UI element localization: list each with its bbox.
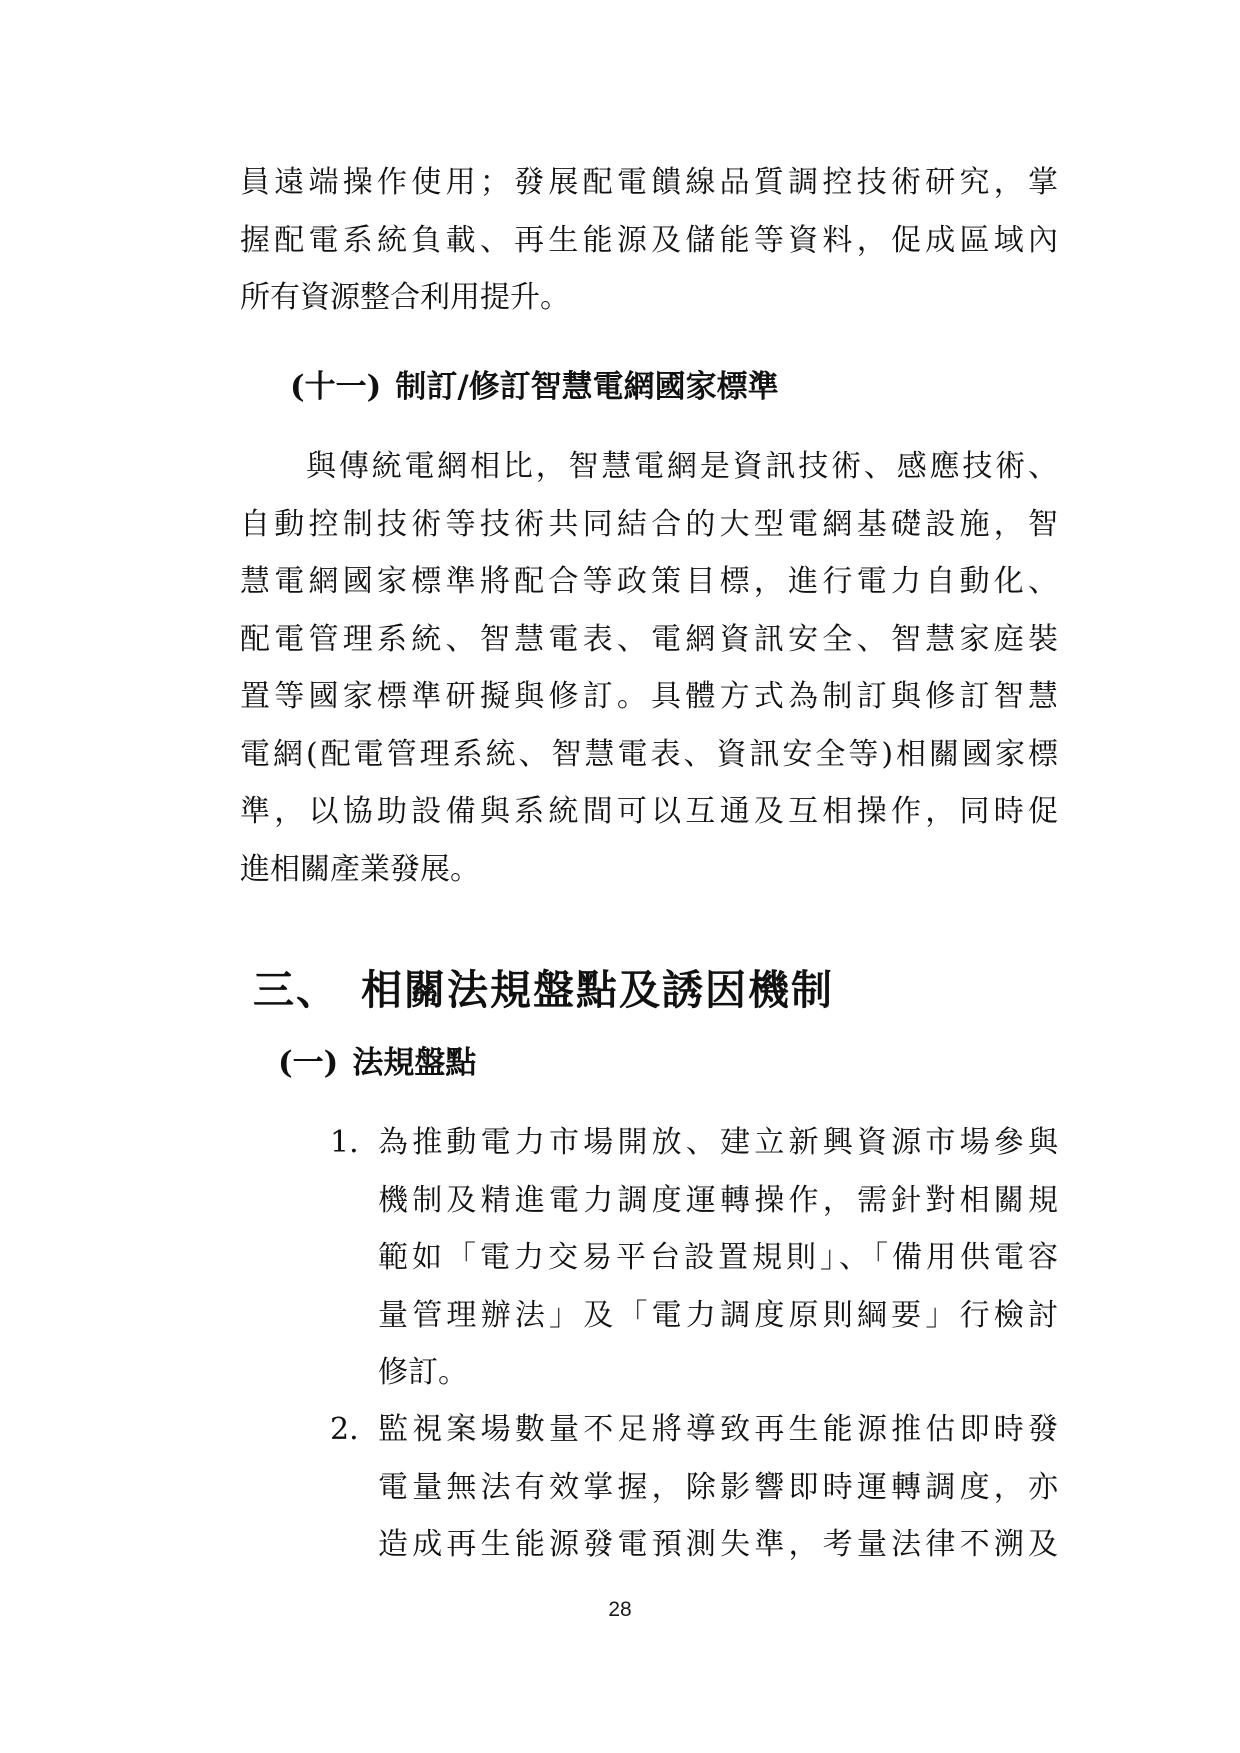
list-item-number: 1. — [330, 1114, 359, 1172]
heading-section-11: (十一)制訂/修訂智慧電網國家標準 — [290, 364, 779, 410]
page-number: 28 — [0, 1596, 1240, 1624]
paragraph-remote-operation: 員遠端操作使用；發展配電饋線品質調控技術研究，掌 握配電系統負載、再生能源及儲能… — [240, 154, 1058, 327]
heading-numeral: (十一) — [290, 369, 381, 405]
text-line: 電網(配電管理系統、智慧電表、資訊安全等)相關國家標 — [240, 726, 1058, 784]
list-item-2: 2. 監視案場數量不足將導致再生能源推估即時發 電量無法有效掌握，除影響即時運轉… — [330, 1401, 1058, 1574]
heading-label: 法規盤點 — [352, 1045, 476, 1081]
text-line: 範如「電力交易平台設置規則」、「備用供電容 — [378, 1229, 1058, 1287]
text-line: 進相關產業發展。 — [240, 841, 1058, 899]
text-line: 準，以協助設備與系統間可以互通及互相操作，同時促 — [240, 783, 1058, 841]
list-item-text: 為推動電力市場開放、建立新興資源市場參與 機制及精進電力調度運轉操作，需針對相關… — [378, 1114, 1058, 1402]
text-line: 自動控制技術等技術共同結合的大型電網基礎設施，智 — [240, 496, 1058, 554]
text-line: 與傳統電網相比，智慧電網是資訊技術、感應技術、 — [240, 438, 1058, 496]
text-line: 配電管理系統、智慧電表、電網資訊安全、智慧家庭裝 — [240, 611, 1058, 669]
document-page: 員遠端操作使用；發展配電饋線品質調控技術研究，掌 握配電系統負載、再生能源及儲能… — [0, 0, 1240, 1753]
text-line: 置等國家標準研擬與修訂。具體方式為制訂與修訂智慧 — [240, 668, 1058, 726]
text-line: 監視案場數量不足將導致再生能源推估即時發 — [378, 1401, 1058, 1459]
list-item-number: 2. — [330, 1401, 359, 1459]
paragraph-smart-grid-standards: 與傳統電網相比，智慧電網是資訊技術、感應技術、 自動控制技術等技術共同結合的大型… — [240, 438, 1058, 898]
list-item-text: 監視案場數量不足將導致再生能源推估即時發 電量無法有效掌握，除影響即時運轉調度，… — [378, 1401, 1058, 1574]
heading-subsection-1: (一)法規盤點 — [278, 1040, 476, 1086]
text-line: 機制及精進電力調度運轉操作，需針對相關規 — [378, 1172, 1058, 1230]
text-line: 修訂。 — [378, 1344, 1058, 1402]
heading-section-3: 三、相關法規盤點及誘因機制 — [253, 962, 834, 1018]
heading-numeral: 三、 — [253, 966, 339, 1014]
text-line: 握配電系統負載、再生能源及儲能等資料，促成區域內 — [240, 212, 1058, 270]
text-line: 量管理辦法」及「電力調度原則綱要」行檢討 — [378, 1287, 1058, 1345]
text-line: 電量無法有效掌握，除影響即時運轉調度，亦 — [378, 1459, 1058, 1517]
heading-numeral: (一) — [278, 1045, 338, 1081]
heading-label: 相關法規盤點及誘因機制 — [361, 966, 834, 1014]
text-line: 造成再生能源發電預測失準，考量法律不溯及 — [378, 1516, 1058, 1574]
list-item-1: 1. 為推動電力市場開放、建立新興資源市場參與 機制及精進電力調度運轉操作，需針… — [330, 1114, 1058, 1402]
text-line: 員遠端操作使用；發展配電饋線品質調控技術研究，掌 — [240, 154, 1058, 212]
text-line: 慧電網國家標準將配合等政策目標，進行電力自動化、 — [240, 553, 1058, 611]
heading-label: 制訂/修訂智慧電網國家標準 — [395, 369, 778, 405]
text-line: 為推動電力市場開放、建立新興資源市場參與 — [378, 1114, 1058, 1172]
text-line: 所有資源整合利用提升。 — [240, 269, 1058, 327]
